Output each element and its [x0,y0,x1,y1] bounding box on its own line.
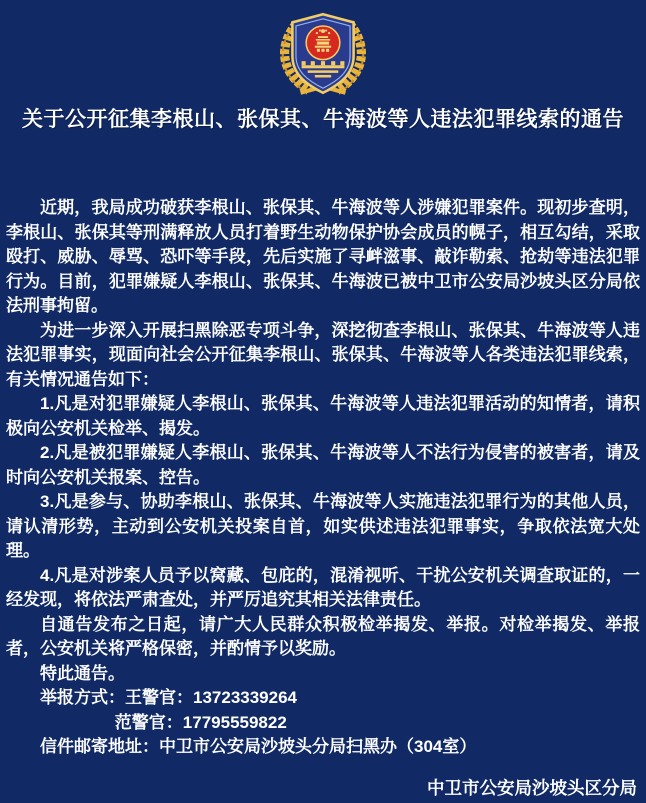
officer-1-name: 王警官： [125,688,193,707]
mail-address-value: 中卫市公安局沙坡头分局扫黑办（304室） [159,737,476,756]
paragraph-closing: 特此通告。 [6,662,640,687]
report-method-line: 举报方式：王警官：13723339264 [6,686,640,711]
officer-1-phone: 13723339264 [193,688,297,707]
paragraph-item-4: 4.凡是对涉案人员予以窝藏、包庇的，混淆视听、干扰公安机关调查取证的，一经发现，… [6,564,640,613]
report-method-label: 举报方式： [40,688,125,707]
police-notice-page: 关于公开征集李根山、张保其、牛海波等人违法犯罪线索的通告 近期，我局成功破获李根… [0,0,646,803]
police-badge-icon [272,9,374,97]
paragraph-reward: 自通告发布之日起，请广大人民群众积极检举揭发、举报。对检举揭发、举报者，公安机关… [6,613,640,662]
paragraph-intro: 近期，我局成功破获李根山、张保其、牛海波等人涉嫌犯罪案件。现初步查明，李根山、张… [6,196,640,319]
notice-body: 近期，我局成功破获李根山、张保其、牛海波等人涉嫌犯罪案件。现初步查明，李根山、张… [6,196,640,760]
mail-address-label: 信件邮寄地址： [40,737,159,756]
paragraph-item-2: 2.凡是被犯罪嫌疑人李根山、张保其、牛海波等人不法行为侵害的被害者，请及时向公安… [6,441,640,490]
officer-2-name: 范警官： [115,713,183,732]
officer-2-line: 范警官：17795559822 [6,711,640,736]
notice-title: 关于公开征集李根山、张保其、牛海波等人违法犯罪线索的通告 [0,103,646,133]
officer-2-phone: 17795559822 [183,713,287,732]
mail-address-line: 信件邮寄地址：中卫市公安局沙坡头分局扫黑办（304室） [6,735,640,760]
paragraph-item-3: 3.凡是参与、协助李根山、张保其、牛海波等人实施违法犯罪行为的其他人员，请认清形… [6,490,640,564]
issuing-authority: 中卫市公安局沙坡头区分局 [427,775,637,800]
paragraph-purpose: 为进一步深入开展扫黑除恶专项斗争，深挖彻查李根山、张保其、牛海波等人违法犯罪事实… [6,319,640,393]
paragraph-item-1: 1.凡是对犯罪嫌疑人李根山、张保其、牛海波等人违法犯罪活动的知情者，请积极向公安… [6,392,640,441]
